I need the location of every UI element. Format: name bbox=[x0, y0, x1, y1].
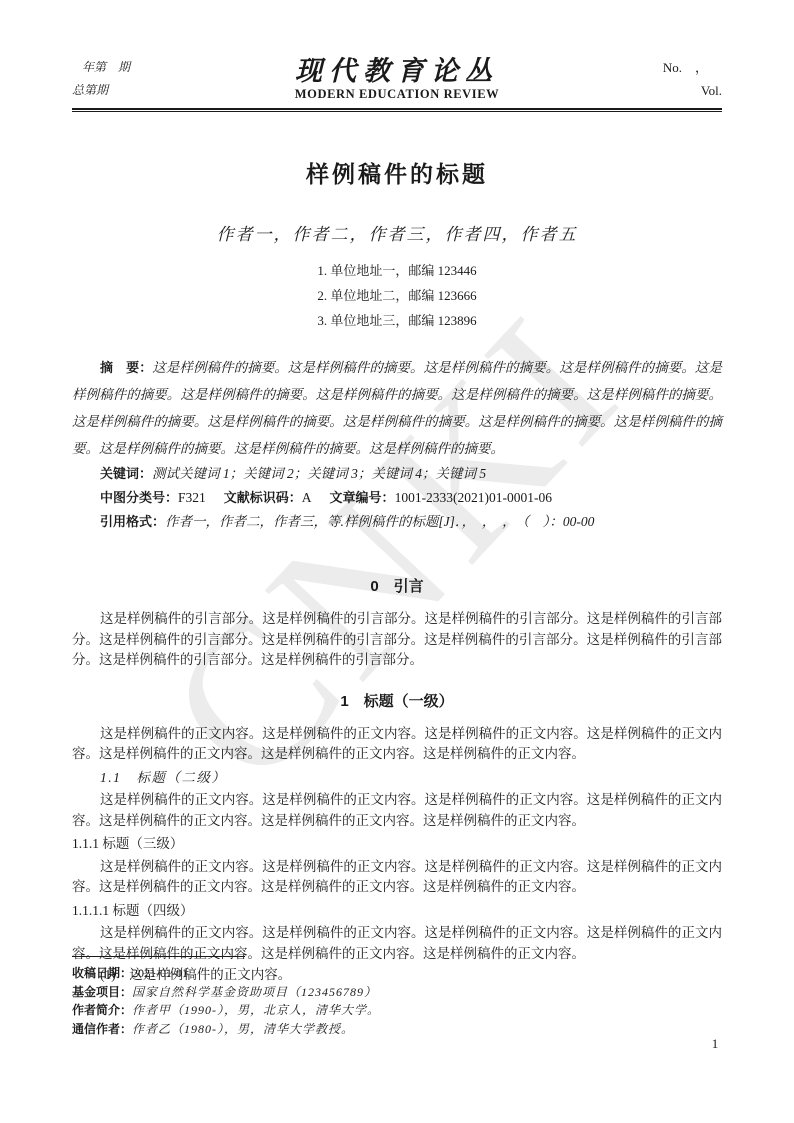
journal-name-english: MODERN EDUCATION REVIEW bbox=[202, 86, 592, 103]
page-number: 1 bbox=[700, 1036, 730, 1052]
volume-info: No. ， Vol. bbox=[592, 56, 722, 102]
footnote-text: 作者乙（1980-），男，清华大学教授。 bbox=[132, 1022, 354, 1036]
section-body-level2: 这是样例稿件的正文内容。这是样例稿件的正文内容。这是样例稿件的正文内容。这是样例… bbox=[72, 790, 722, 831]
footnote-label: 基金项目： bbox=[72, 985, 132, 999]
page-content: 年第 期 总第期 现代教育论丛 MODERN EDUCATION REVIEW … bbox=[0, 0, 794, 986]
section-heading-level2: 1.1 标题（二级） bbox=[72, 768, 722, 789]
footnote-divider bbox=[72, 956, 245, 957]
footnote-block: 收稿日期：2021-01-01 基金项目：国家自然科学基金资助项目（123456… bbox=[72, 956, 632, 1038]
abstract-paragraph: 摘 要：这是样例稿件的摘要。这是样例稿件的摘要。这是样例稿件的摘要。这是样例稿件… bbox=[72, 354, 722, 462]
affiliation-item: 1. 单位地址一，邮编 123446 bbox=[72, 258, 722, 283]
section-heading-level1: 1 标题（一级） bbox=[72, 690, 722, 711]
section-heading-level3: 1.1.1 标题（三级） bbox=[72, 834, 722, 855]
footnote-text: 作者甲（1990-），男，北京人，清华大学。 bbox=[132, 1003, 380, 1017]
footnote-received-date: 收稿日期：2021-01-01 bbox=[72, 964, 632, 983]
footnote-text: 国家自然科学基金资助项目（123456789） bbox=[132, 985, 377, 999]
affiliation-item: 2. 单位地址二，邮编 123666 bbox=[72, 283, 722, 308]
citation-text: 作者一，作者二，作者三，等.样例稿件的标题[J]．， ， ， （ ）：00-00 bbox=[165, 514, 594, 529]
abstract-label: 摘 要： bbox=[100, 360, 152, 375]
author-line: 作者一，作者二，作者三，作者四，作者五 bbox=[72, 220, 722, 245]
doc-code-label: 文献标识码： bbox=[224, 490, 302, 505]
keywords-label: 关键词： bbox=[100, 466, 152, 481]
clc-value: F321 bbox=[178, 490, 206, 505]
volume-line: Vol. bbox=[592, 79, 722, 102]
header-divider bbox=[72, 108, 722, 112]
article-title: 样例稿件的标题 bbox=[72, 156, 722, 189]
footnote-label: 通信作者： bbox=[72, 1022, 132, 1036]
issue-year-line: 年第 期 bbox=[72, 56, 202, 79]
keywords-text: 测试关键词 1；关键词 2；关键词 3；关键词 4；关键词 5 bbox=[152, 466, 486, 481]
section-heading-level4: 1.1.1.1 标题（四级） bbox=[72, 901, 722, 922]
clc-label: 中图分类号： bbox=[100, 490, 178, 505]
footnote-text: 2021-01-01 bbox=[132, 966, 188, 980]
journal-brand: 现代教育论丛 MODERN EDUCATION REVIEW bbox=[202, 56, 592, 103]
number-line: No. ， bbox=[592, 56, 722, 79]
footnote-author-bio: 作者简介：作者甲（1990-），男，北京人，清华大学。 bbox=[72, 1001, 632, 1020]
affiliation-item: 3. 单位地址三，邮编 123896 bbox=[72, 308, 722, 333]
section-body-introduction: 这是样例稿件的引言部分。这是样例稿件的引言部分。这是样例稿件的引言部分。这是样例… bbox=[72, 609, 722, 671]
section-body-level3: 这是样例稿件的正文内容。这是样例稿件的正文内容。这是样例稿件的正文内容。这是样例… bbox=[72, 857, 722, 898]
citation-label: 引用格式： bbox=[100, 514, 165, 529]
citation-line: 引用格式：作者一，作者二，作者三，等.样例稿件的标题[J]．， ， ， （ ）：… bbox=[72, 510, 722, 534]
keywords-line: 关键词：测试关键词 1；关键词 2；关键词 3；关键词 4；关键词 5 bbox=[72, 462, 722, 486]
abstract-text: 这是样例稿件的摘要。这是样例稿件的摘要。这是样例稿件的摘要。这是样例稿件的摘要。… bbox=[72, 360, 722, 456]
footnote-corresponding-author: 通信作者：作者乙（1980-），男，清华大学教授。 bbox=[72, 1020, 632, 1039]
footnote-label: 收稿日期： bbox=[72, 966, 132, 980]
affiliation-list: 1. 单位地址一，邮编 123446 2. 单位地址二，邮编 123666 3.… bbox=[72, 258, 722, 333]
issue-info: 年第 期 总第期 bbox=[72, 56, 202, 102]
journal-header: 年第 期 总第期 现代教育论丛 MODERN EDUCATION REVIEW … bbox=[72, 56, 722, 103]
classification-line: 中图分类号：F321文献标识码：A文章编号：1001-2333(2021)01-… bbox=[72, 486, 722, 510]
journal-article-page: CNKI 年第 期 总第期 现代教育论丛 MODERN EDUCATION RE… bbox=[0, 0, 794, 1123]
article-id-value: 1001-2333(2021)01-0001-06 bbox=[395, 490, 552, 505]
issue-total-line: 总第期 bbox=[72, 79, 202, 102]
footnote-label: 作者简介： bbox=[72, 1003, 132, 1017]
section-body-level1: 这是样例稿件的正文内容。这是样例稿件的正文内容。这是样例稿件的正文内容。这是样例… bbox=[72, 724, 722, 765]
section-heading-introduction: 0 引言 bbox=[72, 575, 722, 596]
article-id-label: 文章编号： bbox=[330, 490, 395, 505]
footnote-fund-project: 基金项目：国家自然科学基金资助项目（123456789） bbox=[72, 983, 632, 1002]
journal-name-chinese: 现代教育论丛 bbox=[202, 56, 592, 86]
doc-code-value: A bbox=[302, 490, 312, 505]
